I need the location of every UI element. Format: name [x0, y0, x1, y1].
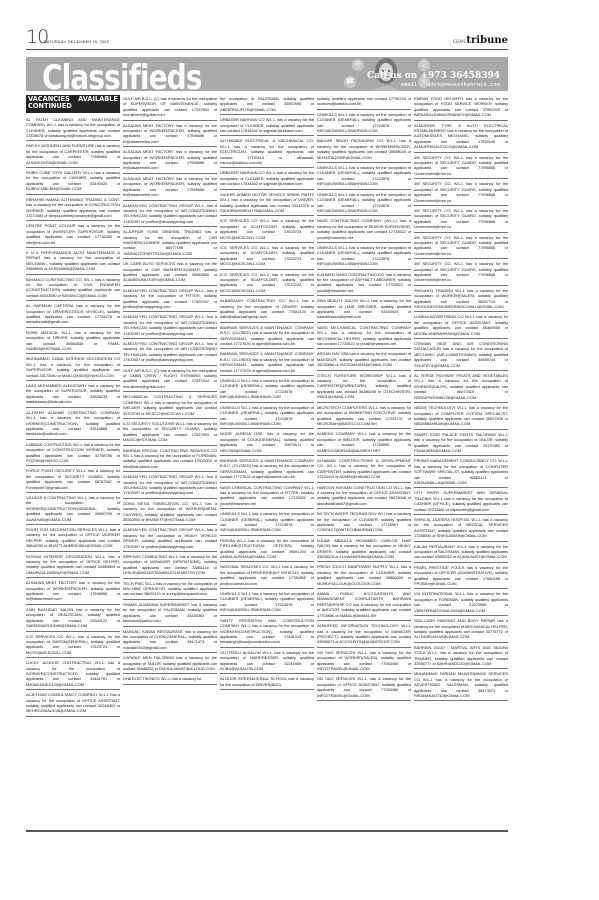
- vacancy-text: has a vacancy for the occupation of DRIV…: [220, 197, 314, 213]
- classified-entry: ALSALWA MEAT FACTORY has a vacancy for t…: [123, 122, 217, 148]
- company-name: ALMOAYYED CONTRACTING GROUP W.L.L.: [123, 314, 205, 319]
- company-name: A.AHMED NASS CONTRACTING CO: [317, 272, 384, 277]
- company-name: URBASER BAHRAIN CO W.L.L: [220, 117, 275, 122]
- company-name: ALMOAYYED CONTRACTING GROUP W.L.L.: [123, 203, 205, 208]
- classified-entry: BAHRAIN SPECIAL CONTRACTING SERVICES CO …: [123, 447, 217, 473]
- page-date: SATURDAY, DECEMBER 20, 2025: [44, 39, 109, 44]
- company-name: NOSHAI INTERIOR DECORATION W.L.L: [26, 554, 105, 559]
- classified-entry: ZAIN BAGHDAD SALON has a vacancy for the…: [26, 606, 120, 632]
- classifieds-columns: VACANCIES AVAILABLE CONTINUED Al Fateh c…: [26, 95, 508, 832]
- classified-entry: KALAVI RESTAURANT W.L.L has a vacancy fo…: [414, 543, 508, 563]
- classified-entry: Lulwa Abdulla Mohamed Carlos Hair Salon …: [317, 537, 411, 563]
- company-name: AL HARMAIN CAFTERIA: [26, 303, 73, 308]
- company-name: UNISKILLS W.L.L: [220, 511, 251, 516]
- classified-entry: GTECH FURNITURE WORKSHOP W.L.L has a vac…: [317, 372, 411, 403]
- classified-entry: AL FERGE PATHWAY FRUITS AND VEGETABLES W…: [414, 372, 508, 403]
- classified-entry: RUBIX CUBE TOYS GALLERY W.L.L has a vaca…: [26, 169, 120, 195]
- classified-entry: FRESH TOUCH MANPOWER SUPPLY W.L.L has a …: [317, 563, 411, 589]
- company-name: ICG SERVICES CO W.L.L: [220, 245, 269, 250]
- column-1: VACANCIES AVAILABLE CONTINUED Al Fateh c…: [26, 95, 120, 830]
- classified-entry: NATIONAL READYMIX CO. W.L.L has a vacanc…: [220, 563, 314, 589]
- classified-entry: AL HARMAIN CAFTERIA has a vacancy for th…: [26, 302, 120, 328]
- company-name: NASS CONTRACTING COMPANY (W.L.L): [317, 218, 397, 223]
- classified-entry: NOSHAI INTERIOR DECORATION W.L.L has a v…: [26, 553, 120, 579]
- classified-entry: PAR-KY WOODEN LAND FURNITURE has a vacan…: [26, 142, 120, 168]
- classified-entry: URBASER BAHRAIN CO W.L.L has a vacancy f…: [220, 169, 314, 189]
- column-5: EMRAN FOOD DELIVERY has a vacancy for th…: [414, 95, 508, 830]
- classified-entry: BAHRAIN DOJO - MARTIAL ARTS AND SIDDHA Y…: [414, 644, 508, 670]
- classified-entry: ICG SERVICES CO W.L.L has a vacancy for …: [220, 244, 314, 270]
- classified-entry: ALMUFEED TYRE & AUTO ELECTRICAL ESTABLIS…: [414, 122, 508, 153]
- company-name: UNISKILLS W.L.L: [220, 405, 251, 410]
- company-name: SHIFA AL JAZEERA HOSPITAL W.L.L: [414, 517, 481, 522]
- company-name: UNISKILLS W.L.L: [317, 165, 348, 170]
- company-name: HAROON HASSAN CONSTRUCTION CO W.L.L: [317, 485, 403, 490]
- classified-entry: URBASER BAHRAIN CO W.L.L has a vacancy f…: [220, 116, 314, 136]
- company-name: ALSALWA MEAT FACTORY: [123, 149, 174, 154]
- company-name: ALJUFFAIR SONS GENERAL TRADING: [123, 229, 201, 234]
- classified-entry: K N A PERFORMANCE AUTO MAINTENANCE & REP…: [26, 249, 120, 275]
- vacancy-text: has a vacancy for the occupation of FORE…: [123, 453, 217, 469]
- classified-entry: suitably qualified applicants can contac…: [317, 95, 411, 110]
- classified-entry: OTHMAN HEAT AND AIR CONDITIONING INSTALL…: [414, 340, 508, 371]
- company-name: SHAMS ALMADINA SUPERMARKET: [123, 602, 189, 607]
- classified-entry: VILLAGE 8 CONTRACTING W.L.L has a vacanc…: [26, 494, 120, 525]
- classified-entry: UK CARE AUTO SERVICES has a vacancy for …: [123, 260, 217, 286]
- classified-entry: V.N INTERNATIONAL W.L.L has a vacancy fo…: [414, 590, 508, 616]
- classified-entry: FIMOSA W.L.L has a vacancy for the occup…: [220, 537, 314, 563]
- company-name: ALSALWA MEAT FACTORY: [123, 123, 174, 128]
- classified-entry: SHOUNDY TRADING W.L.L has a vacancy for …: [414, 287, 508, 313]
- classified-entry: UNISKILLS W.L.L has a vacancy for the oc…: [317, 191, 411, 217]
- classified-entry: SMART STAR PALACE GENTS TAILORING W.L.L …: [414, 431, 508, 457]
- classified-entry: LABBAIK CONTRACTING W.L.L has a vacancy …: [26, 441, 120, 467]
- classified-entry: NEDMI TECHNOLOGY W.L.L has a vacancy for…: [414, 404, 508, 430]
- vacancy-text: the occupation of SALESMAN, suitably qua…: [220, 96, 314, 112]
- vacancy-text: has a vacancy for the occupation of CONS…: [26, 202, 120, 218]
- company-name: KALAVI RESTAURANT W.L.L: [414, 544, 467, 549]
- company-name: RUBIX CUBE TOYS GALLERY W.L.L: [26, 170, 93, 175]
- company-name: ALBARZAKH CONTRACTING CO. W.L.L: [220, 298, 299, 303]
- classified-entry: ARROWS CONSULTING W.L.L has a vacancy fo…: [123, 553, 217, 579]
- company-name: LABBAIK CONTRACTING W.L.L: [26, 442, 83, 447]
- vacancy-text: has a vacancy for: [170, 676, 201, 681]
- classified-entry: ICG SECURITY SOLUTIONS W.L.L has a vacan…: [123, 420, 217, 446]
- classified-entry: NSA CARS PAINTING AND BODY REPAIR has a …: [414, 617, 508, 643]
- classified-entry: 4W SECURITY CO. W.L.L has a vacancy for …: [414, 234, 508, 260]
- company-name: 4W SECURITY CO. W.L.L: [414, 155, 463, 160]
- classified-entry: ALSALWA MEAT FACTORY has a vacancy for t…: [123, 148, 217, 174]
- classified-entry: 4W SECURITY CO. W.L.L has a vacancy for …: [414, 154, 508, 180]
- classified-entry: DORA METAL FABRICATION CO. W.L.L has a v…: [123, 500, 217, 526]
- classified-entry: NASS CHEMICAL CONTRACTING COMPANY W.L.L …: [220, 484, 314, 510]
- classified-entry: Al Fateh cleaning and Maintenance Compan…: [26, 116, 120, 142]
- classified-entry: PRISMS MANAGEMENT CONSULTANCY CO. W.L.L …: [414, 457, 508, 488]
- classified-entry: ALHAMAD CONSTRUCTIONS & DEVELOPMENT CO. …: [317, 457, 411, 483]
- company-name: DHA ELECTRONICS W.L.L: [123, 676, 170, 681]
- classified-entry: SAGHIR AHMED MOTOR VEHICLE SPARE PARTS W…: [220, 191, 314, 217]
- company-name: 4W SECURITY CO. W.L.L: [414, 208, 463, 213]
- column-3: the occupation of SALESMAN, suitably qua…: [220, 95, 314, 830]
- classified-entry: ALSALWA MEAT FACTORY has a vacancy for t…: [26, 579, 120, 605]
- company-name: LUCKY ALNOOR CONTRACTING W.L.L: [26, 660, 104, 665]
- classified-entry: BALKAR SINGH PACKAGING CO W.L.L has a va…: [317, 137, 411, 163]
- classified-entry: Mechanical Contracting & Services Compan…: [123, 393, 217, 419]
- phone-icon: ☎: [344, 76, 356, 88]
- classified-entry: Bayanco Contracting Co. W.L.L has a vaca…: [26, 276, 120, 302]
- classified-entry: UNISKILLS W.L.L has a vacancy for the oc…: [220, 377, 314, 403]
- company-name: ALSALWA MEAT FACTORY: [123, 176, 174, 181]
- classified-entry: SANTY ERCRATION AND CONSTRUCTION COMPANY…: [220, 617, 314, 648]
- vacancy-text: has a vacancy for the occupation of ELEC…: [220, 144, 314, 165]
- company-name: UNISKILLS W.L.L: [220, 591, 251, 596]
- classified-entry: ALJUFFAIR SONS GENERAL TRADING has a vac…: [123, 228, 217, 259]
- classified-entry: SHIFA AL JAZEERA HOSPITAL W.L.L has a va…: [414, 516, 508, 542]
- classified-entry: ALMOAYYED CONTRACTING GROUP W.L.L. has a…: [123, 473, 217, 499]
- classified-entry: BAHRAIN SERVICES & MAINTENANCE COMPANY B…: [220, 457, 314, 483]
- company-name: PRISMS MANAGEMENT CONSULTANCY CO. W.L.L: [414, 458, 508, 463]
- vacancy-text: has a vacancy for the occupation of MANA…: [317, 629, 411, 645]
- company-name: Almufeed Information Technology W.L.L: [317, 623, 411, 628]
- company-name: NSA CARS PAINTING AND BODY REPAIR: [414, 618, 495, 623]
- company-name: ICG SERVICES CO W.L.L: [26, 634, 75, 639]
- vacancy-text: has a vacancy for the occupation of SUPE…: [26, 362, 120, 378]
- classified-entry: GULF AIR B.S.C. (C) has a vacancy for th…: [123, 95, 217, 121]
- company-name: ON SAG SERVICES W.L.L: [317, 676, 367, 681]
- classified-entry: UNISKILLS W.L.L has a vacancy for the oc…: [317, 164, 411, 190]
- company-name: UNISKILLS W.L.L: [317, 245, 348, 250]
- company-name: FIMOSA W.L.L: [220, 538, 246, 543]
- classified-entry: DHA ELECTRONICS W.L.L has a vacancy for: [123, 675, 217, 684]
- company-name: ARGAN DAY SPA: [317, 351, 348, 356]
- classified-entry: ICG SERVICES CO W.L.L has a vacancy for …: [26, 633, 120, 659]
- classified-entry: BAHRAIN SERVICES & MAINTENANCE COMPANY B…: [220, 350, 314, 376]
- company-name: Wi-Tech Water Technology W.I.I: [317, 511, 385, 516]
- company-name: BALKAR SINGH PACKAGING CO W.L.L: [317, 138, 396, 143]
- masthead: 10 SATURDAY, DECEMBER 20, 2025 GDNtribun…: [26, 30, 508, 50]
- column-4: suitably qualified applicants can contac…: [317, 95, 411, 830]
- classified-entry: MICROTECH COMPUTERS W.L.L has a vacancy …: [317, 404, 411, 430]
- brand-name: tribune: [466, 35, 508, 46]
- brand-prefix: GDN: [453, 39, 465, 45]
- vacancy-text: has a vacancy for the occupation of TAIL…: [414, 437, 508, 453]
- classified-entry: ALTHAWADI ELECTRICAL & MECHANICAL CO. W.…: [220, 137, 314, 168]
- classified-entry: LUMINA ADVERTISING CO W.L.L has a vacanc…: [414, 313, 508, 339]
- company-name: ROOFI FOR DECORATION SERVICES W.L.L: [26, 527, 108, 532]
- classified-entry: ALMOAYYED CONTRACTING GROUP W.L.L. has a…: [123, 526, 217, 552]
- company-name: PEARL PRESTIGE POOLS: [414, 565, 464, 570]
- company-name: NATIONAL READYMIX CO. W.L.L: [220, 564, 281, 569]
- company-name: UNISKILLS W.L.L: [220, 378, 251, 383]
- company-name: PAR-KY WOODEN LAND FURNITURE: [26, 143, 94, 148]
- classified-entry: A.AHMED NASS CONTRACTING CO has a vacanc…: [317, 271, 411, 297]
- company-name: centre point colour: [26, 223, 75, 228]
- classified-entry: City river supermarket and general tradi…: [414, 489, 508, 515]
- classifieds-banner: Classifieds ✉ ☎ ▯ ◎ Call us on +973 3645…: [26, 57, 508, 91]
- classified-entry: ALMOAYYED CONTRACTING GROUP W.L.L. has a…: [123, 202, 217, 228]
- classified-entry: ALMEDH COMPANY W.L.L has a vacancy for t…: [317, 430, 411, 456]
- company-name: ICG SERVICES CO W.L.L: [220, 272, 269, 277]
- classified-entry: GUTTERLU ALSALON W.L.L has a vacancy for…: [220, 649, 314, 675]
- classified-entry: ROOFI FOR DECORATION SERVICES W.L.L has …: [26, 526, 120, 552]
- company-name: FORCE POINT SECURITY W.L.L: [26, 468, 86, 473]
- vacancy-text: has a vacancy for the occupation of COMP…: [414, 464, 508, 485]
- classified-entry: ALMOAYYED CONTRACTING GROUP W.L.L. has a…: [123, 313, 217, 339]
- classified-entry: ALMOAYYED CONTRACTING GROUP W.L.L. has a…: [123, 287, 217, 313]
- classified-entry: ICG SERVICES CO W.L.L has a vacancy for …: [220, 217, 314, 243]
- company-name: ICG SECURITY SOLUTIONS W.L.L: [123, 421, 185, 426]
- company-name: 4W SECURITY CO. W.L.L: [414, 261, 463, 266]
- company-name: V.N INTERNATIONAL W.L.L: [414, 591, 465, 596]
- vacancy-text: has a vacancy for the occupation of WORK…: [26, 415, 120, 436]
- classified-entry: UNISKILLS W.L.L has a vacancy for the oc…: [220, 510, 314, 536]
- classified-entry: MANDALI KABAB RESTAURANT has a vacancy f…: [123, 628, 217, 654]
- classified-entry: Almufeed Information Technology W.L.L ha…: [317, 622, 411, 648]
- vacancy-text: suitably qualified applicants can contac…: [317, 96, 411, 106]
- classified-entry: FORCE POINT SECURITY W.L.L has a vacancy…: [26, 467, 120, 493]
- vacancy-text: has a vacancy for the occupation of WORK…: [414, 378, 508, 399]
- classified-entry: SHAMS ALMADINA SUPERMARKET has a vacancy…: [123, 601, 217, 627]
- company-name: ALSALWA MEAT FACTORY: [26, 580, 77, 585]
- classified-entry: 4W SECURITY CO. W.L.L has a vacancy for …: [414, 180, 508, 206]
- company-name: CAPABLE MEN TAILORING: [123, 655, 174, 660]
- envelope-icon: ✉: [352, 59, 364, 71]
- classified-entry: UNISKILLS W.L.L has a vacancy for the oc…: [220, 590, 314, 616]
- company-name: GTECH FURNITURE WORKSHOP W.L.L: [317, 373, 396, 378]
- company-name: NASS CHEMICAL CONTRACTING COMPANY W.L.L: [220, 485, 314, 490]
- classified-entry: NASS CONTRACTING COMPANY (W.L.L) has a v…: [317, 217, 411, 243]
- banner-call-text: Call us on +973 36458394: [367, 71, 500, 81]
- banner-email-text: email : advt@newsofbahrain.com: [401, 82, 500, 88]
- classified-entry: PEARL PRESTIGE POOLS has a vacancy for t…: [414, 564, 508, 590]
- company-name: Bayanco Contracting Co. W.L.L: [26, 277, 94, 282]
- classified-entry: UNISKILLS W.L.L has a vacancy for the oc…: [317, 244, 411, 270]
- company-name: GULF AIR B.S.C. (C): [123, 368, 159, 373]
- classified-entry: ARGAN DAY SPA has a vacancy for the occu…: [317, 350, 411, 370]
- company-name: 4W SECURITY CO. W.L.L: [414, 181, 463, 186]
- company-name: EBRAHIM HAMAD ALTHAWADI TRADING & CONT.: [26, 197, 120, 202]
- company-name: ALMOAYYED CONTRACTING GROUP W.L.L.: [123, 527, 205, 532]
- classified-entry: ON SAG SERVICES W.L.L has a vacancy for …: [317, 675, 411, 701]
- classified-entry: CAPABLE MEN TAILORING has a vacancy for …: [123, 654, 217, 674]
- classified-entry: UNISKILLS W.L.L has a vacancy for the oc…: [220, 404, 314, 430]
- classified-entry: TECH PWC W.L.L has a vacancy for the occ…: [123, 580, 217, 600]
- vacancy-text: has a vacancy for the occupation of HEAV…: [317, 543, 411, 559]
- company-name: DORA METAL FABRICATION CO. W.L.L: [123, 501, 202, 506]
- classified-entry: LUCKY ALNOOR CONTRACTING W.L.L has a vac…: [26, 659, 120, 690]
- company-name: ALJETHUM CONSULTANCY COMPANY W.L.L: [26, 692, 109, 697]
- vacancy-text: has a vacancy for the occupation of MECH…: [26, 255, 120, 271]
- classified-entry: ALBARZAKH CONTRACTING CO. W.L.L has a va…: [220, 297, 314, 323]
- section-heading: VACANCIES AVAILABLE CONTINUED: [26, 95, 120, 113]
- classified-entry: HOME MEDICAL W.L.L has a vacancy for the…: [26, 329, 120, 355]
- company-name: SHOUNDY TRADING W.L.L: [414, 288, 465, 293]
- banner-title: Classifieds: [42, 59, 202, 91]
- classified-entry: EMRAN FOOD DELIVERY has a vacancy for th…: [414, 95, 508, 121]
- classified-entry: BAHRAIN SERVICES & MAINTENANCE COMPANY B…: [220, 324, 314, 350]
- classified-entry: AMAAL PUBLIC ACCOUNTANTS AND MANAGEMENT …: [317, 590, 411, 621]
- classified-entry: centre point colour has a vacancy for th…: [26, 222, 120, 248]
- classified-entry: LAILA MOHAMMED ALDOSSARY has a vacancy f…: [26, 382, 120, 408]
- classified-entry: ALJETHUM CONSULTANCY COMPANY W.L.L has a…: [26, 691, 120, 717]
- company-name: MANDALI KABAB RESTAURANT: [123, 629, 183, 634]
- company-name: UNISKILLS W.L.L: [317, 112, 348, 117]
- classified-entry: ALSALWA MEAT FACTORY has a vacancy for t…: [123, 175, 217, 201]
- classified-entry: MUHAMMAD FARHAN MAINTENANCE SERVICES CO …: [414, 670, 508, 701]
- company-name: EMRAN FOOD DELIVERY: [414, 96, 463, 101]
- classified-entry: MUHAMMAD JUMAL INTERIOR DECORATION CO W.…: [26, 355, 120, 381]
- company-name: UK CARE AUTO SERVICES: [123, 261, 175, 266]
- company-name: ZINA BEAUTY SALON W.L.L: [317, 298, 370, 303]
- classified-entry: 4W SECURITY CO. W.L.L has a vacancy for …: [414, 260, 508, 286]
- company-name: ALMOAYYED CONTRACTING GROUP W.L.L.: [123, 474, 205, 479]
- column-2: GULF AIR B.S.C. (C) has a vacancy for th…: [123, 95, 217, 830]
- classified-entry: UNISKILLS W.L.L has a vacancy for the oc…: [317, 111, 411, 137]
- page-number: 10: [26, 26, 48, 48]
- company-name: ALMOAYYED CONTRACTING GROUP W.L.L.: [123, 341, 205, 346]
- company-name: ALMEDH COMPANY W.L.L: [317, 431, 367, 436]
- company-name: ALMOAYYED CONTRACTING GROUP W.L.L.: [123, 288, 205, 293]
- classified-entry: ON SAG SERVICES W.L.L has a vacancy for …: [317, 649, 411, 675]
- mobile-icon: ▯: [418, 59, 430, 71]
- company-name: FRESH TOUCH MANPOWER SUPPLY W.L.L: [317, 564, 399, 569]
- classified-entry: ALNOOR INTERNATIONAL SCHOOL has a vacanc…: [220, 675, 314, 690]
- vacancy-text: has a vacancy for the occupation of MECH…: [317, 330, 411, 346]
- company-name: ARROWS CONSULTING W.L.L: [123, 554, 178, 559]
- company-name: ZAIN BAGHDAD SALON: [26, 607, 73, 612]
- classified-entry: AL-FATEH ALAMAR CONTRACTING COMPANY W.L.…: [26, 409, 120, 440]
- company-name: LUMINA ADVERTISING CO W.L.L: [414, 314, 475, 319]
- company-name: LAILA MOHAMMED ALDOSSARY: [26, 383, 87, 388]
- vacancy-text: has a vacancy for the occupation of FITT…: [220, 490, 314, 506]
- company-name: NEDMI TECHNOLOGY W.L.L: [414, 405, 467, 410]
- company-name: ICG SERVICES CO W.L.L: [220, 218, 269, 223]
- company-name: URBASER BAHRAIN CO W.L.L: [220, 170, 275, 175]
- company-name: VILLAGE 8 CONTRACTING W.L.L: [26, 495, 87, 500]
- classified-entry: ZINA BEAUTY SALON W.L.L has a vacancy fo…: [317, 297, 411, 323]
- classified-entry: ICG SERVICES CO W.L.L has a vacancy for …: [220, 271, 314, 297]
- classified-entry: 4W SECURITY CO. W.L.L has a vacancy for …: [414, 207, 508, 233]
- classified-entry: GULF AIR B.S.C. (C) has a vacancy for th…: [123, 367, 217, 393]
- brand-logo: GDNtribune: [453, 35, 508, 46]
- company-name: GUTTERLU ALSALON W.L.L: [220, 650, 272, 655]
- company-name: ALNOOR INTERNATIONAL SCHOOL: [220, 676, 287, 681]
- company-name: ON SAG SERVICES W.L.L: [317, 650, 367, 655]
- classified-entry: NOOR ALREDA GRIL has a vacancy for the o…: [220, 430, 314, 456]
- company-name: MICROTECH COMPUTERS W.L.L: [317, 405, 378, 410]
- company-name: NOOR ALREDA GRIL: [220, 431, 263, 436]
- company-name: GULF AIR B.S.C. (C): [123, 96, 159, 101]
- company-name: SMART STAR PALACE GENTS TAILORING W.L.L: [414, 432, 508, 437]
- classified-entry: Wi-Tech Water Technology W.I.I has a vac…: [317, 510, 411, 536]
- company-name: 4W SECURITY CO. W.L.L: [414, 235, 463, 240]
- company-name: TECH PWC W.L.L: [123, 581, 155, 586]
- company-name: UNISKILLS W.L.L: [317, 192, 348, 197]
- classified-entry: ALMOAYYED CONTRACTING GROUP W.L.L. has a…: [123, 340, 217, 366]
- company-name: HOME MEDICAL W.L.L: [26, 330, 71, 335]
- classified-entry: EBRAHIM HAMAD ALTHAWADI TRADING & CONT. …: [26, 196, 120, 222]
- classified-entry: the occupation of SALESMAN, suitably qua…: [220, 95, 314, 115]
- classified-entry: NASS MECHANICAL CONTRACTING COMPANY W.L.…: [317, 324, 411, 350]
- classified-entry: HAROON HASSAN CONSTRUCTION CO W.L.L has …: [317, 484, 411, 510]
